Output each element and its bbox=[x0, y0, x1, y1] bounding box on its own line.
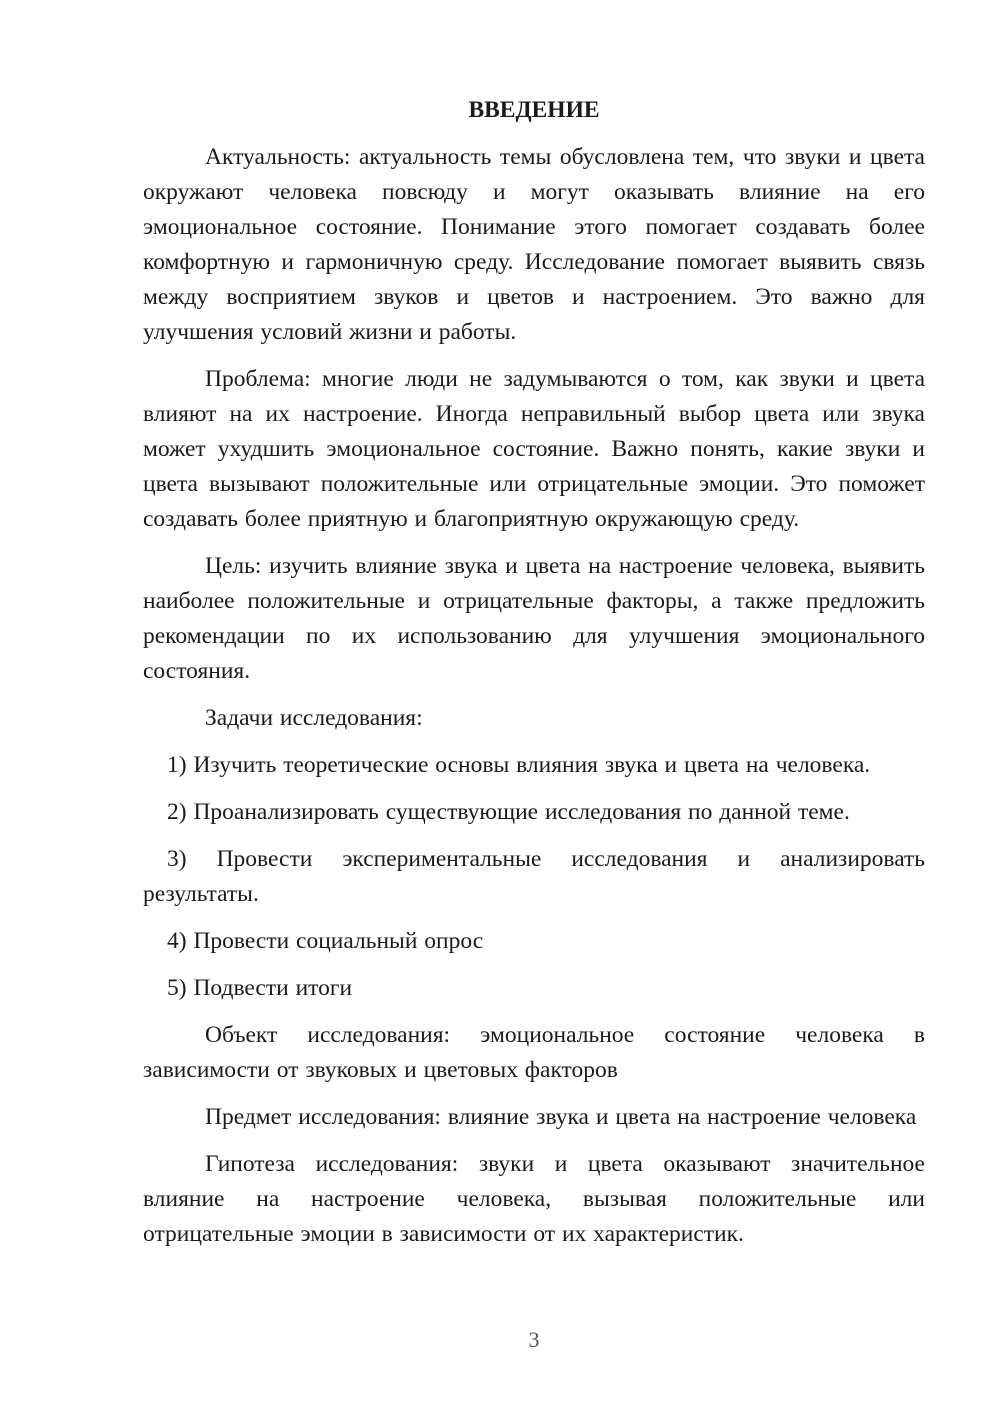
page-number: 3 bbox=[143, 1325, 925, 1355]
document-page: ВВЕДЕНИЕ Актуальность: актуальность темы… bbox=[0, 0, 1000, 1414]
paragraph-subject: Предмет исследования: влияние звука и цв… bbox=[143, 1100, 925, 1135]
task-item-5: 5) Подвести итоги bbox=[143, 971, 925, 1006]
task-item-1: 1) Изучить теоретические основы влияния … bbox=[143, 748, 925, 783]
paragraph-hypothesis: Гипотеза исследования: звуки и цвета ока… bbox=[143, 1147, 925, 1252]
paragraph-goal: Цель: изучить влияние звука и цвета на н… bbox=[143, 549, 925, 689]
task-item-2: 2) Проанализировать существующие исследо… bbox=[143, 795, 925, 830]
tasks-heading: Задачи исследования: bbox=[143, 701, 925, 736]
paragraph-object: Объект исследования: эмоциональное состо… bbox=[143, 1018, 925, 1088]
task-item-4: 4) Провести социальный опрос bbox=[143, 924, 925, 959]
document-content: ВВЕДЕНИЕ Актуальность: актуальность темы… bbox=[143, 93, 925, 1264]
paragraph-relevance: Актуальность: актуальность темы обусловл… bbox=[143, 140, 925, 350]
paragraph-problem: Проблема: многие люди не задумываются о … bbox=[143, 362, 925, 537]
page-title: ВВЕДЕНИЕ bbox=[143, 93, 925, 128]
task-item-3: 3) Провести экспериментальные исследован… bbox=[143, 842, 925, 912]
